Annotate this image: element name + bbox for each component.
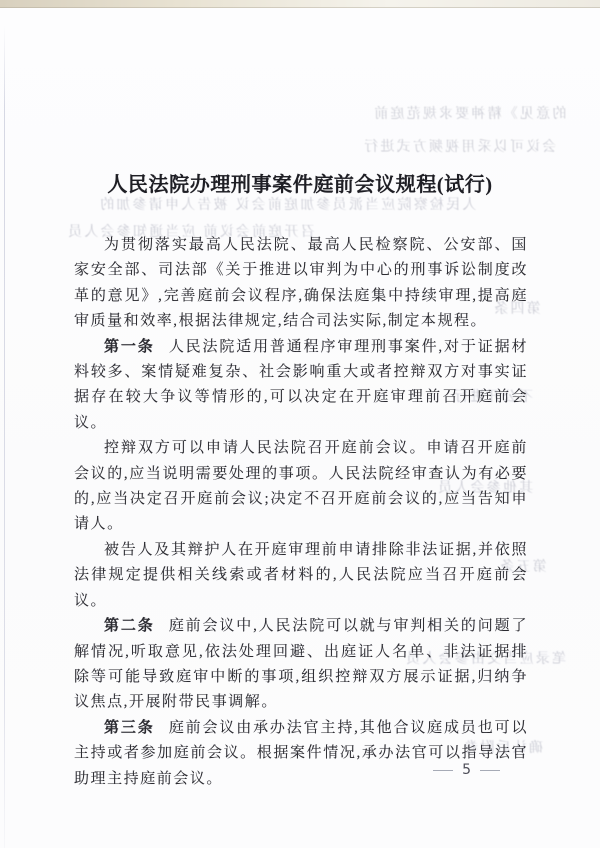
article-number: 第二条 — [104, 618, 155, 634]
bleedthrough-text-2: 会议可以采用视频方式进行 — [362, 136, 556, 156]
document-body: 为贯彻落实最高人民法院、最高人民检察院、公安部、国家安全部、司法部《关于推进以审… — [74, 233, 528, 792]
scanned-page: 的意见》精神要求规范庭前会议可以采用视频方式进行人民检察院应当派员参加庭前会议 … — [0, 0, 600, 848]
bleedthrough-text-3: 人民检察院应当派员参加庭前会议 被告人申请参加的 — [98, 194, 476, 214]
page-fold-line — [4, 26, 5, 848]
document-title: 人民法院办理刑事案件庭前会议规程(试行) — [0, 168, 600, 197]
document-paragraph-6: 第三条庭前会议由承办法官主持,其他合议庭成员也可以主持或者参加庭前会议。根据案件… — [74, 716, 528, 792]
folio-number: 5 — [462, 763, 471, 778]
document-paragraph-5: 第二条庭前会议中,人民法院可以就与审判相关的问题了解情况,听取意见,依法处理回避… — [74, 614, 528, 716]
scan-edge-top — [0, 0, 600, 8]
folio-dash-right — [480, 770, 500, 772]
page-number: 5 — [433, 763, 500, 778]
bleedthrough-text-1: 的意见》精神要求规范庭前 — [372, 103, 566, 123]
document-paragraph-3: 控辩双方可以申请人民法院召开庭前会议。申请召开庭前会议的,应当说明需要处理的事项… — [74, 436, 528, 538]
article-number: 第一条 — [104, 339, 155, 355]
document-paragraph-1: 为贯彻落实最高人民法院、最高人民检察院、公安部、国家安全部、司法部《关于推进以审… — [74, 233, 528, 335]
folio-dash-left — [433, 770, 453, 772]
document-paragraph-4: 被告人及其辩护人在开庭审理前申请排除非法证据,并依照法律规定提供相关线索或者材料… — [74, 538, 528, 614]
document-paragraph-2: 第一条人民法院适用普通程序审理刑事案件,对于证据材料较多、案情疑难复杂、社会影响… — [74, 335, 528, 437]
article-number: 第三条 — [104, 720, 155, 736]
